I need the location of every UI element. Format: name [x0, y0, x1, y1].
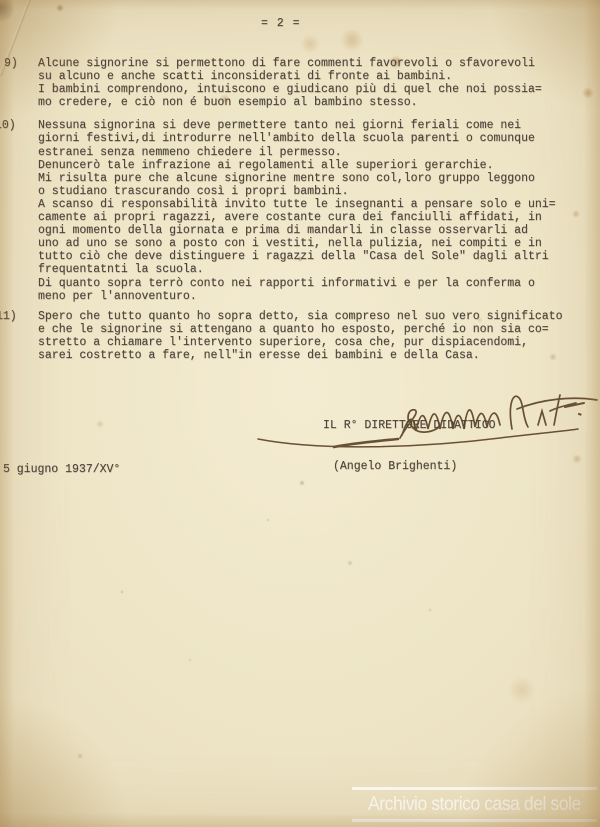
- item-text: Alcune signorine si permettono di fare c…: [38, 57, 600, 109]
- corner-shadow: [0, 0, 14, 22]
- item-number: 11): [0, 310, 17, 323]
- signature-title: IL R° DIRETTORE DIDATTICO: [323, 419, 496, 433]
- item-text: Nessuna signorina si deve permettere tan…: [38, 119, 600, 302]
- scanned-letter-page: = 2 = 9) Alcune signorine si permettono …: [0, 0, 600, 827]
- page-number: = 2 =: [261, 17, 301, 30]
- watermark-line-bottom: [352, 819, 597, 822]
- document-body: 9) Alcune signorine si permettono di far…: [0, 57, 600, 362]
- watermark-label: Archivio storico casa del sole: [352, 790, 597, 819]
- item-text: Spero che tutto quanto ho sopra detto, s…: [38, 310, 600, 362]
- archive-watermark: Archivio storico casa del sole: [352, 787, 597, 822]
- list-item-10: 10) Nessuna signorina si deve permettere…: [0, 119, 600, 302]
- signature-block: IL R° DIRETTORE DIDATTICO (Angelo Brighe…: [323, 392, 496, 500]
- item-number: 10): [0, 119, 16, 132]
- list-item-11: 11) Spero che tutto quanto ho sopra dett…: [0, 310, 600, 362]
- date-line: 5 giugno 1937/XV°: [3, 463, 120, 476]
- signature-name: (Angelo Brighenti): [333, 460, 496, 474]
- item-number: 9): [4, 57, 18, 70]
- list-item-9: 9) Alcune signorine si permettono di far…: [0, 57, 600, 109]
